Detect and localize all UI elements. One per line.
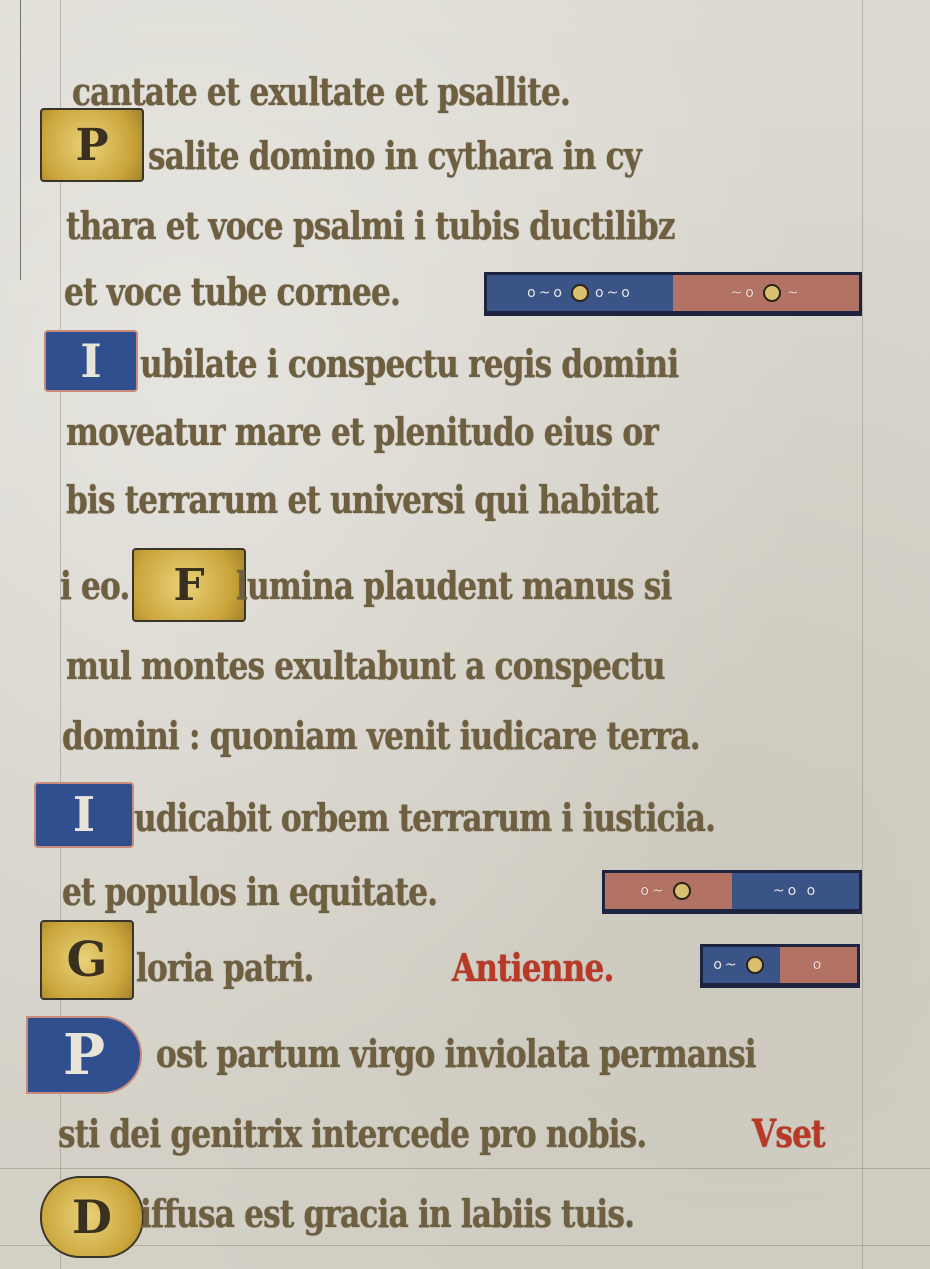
gold-dot-icon [673,882,691,900]
text-line-13: loria patri. [136,938,314,996]
line-text: iffusa est gracia in labiis tuis. [140,1191,634,1236]
line-text: cantate et exultate et psallite. [72,69,570,114]
line-text: salite domino in cythara in cy [148,133,641,178]
text-line-4: et voce tube cornee. [64,262,400,320]
line-text: et populos in equitate. [62,869,437,914]
line-text: domini : quoniam venit iudicare terra. [62,713,700,758]
line-text: thara et voce psalmi i tubis ductilibz [66,203,675,248]
gold-dot-icon [746,956,764,974]
margin-flourish [20,0,21,280]
text-line-8: lumina plaudent manus si [236,556,672,614]
initial-D-gold: D [40,1176,144,1258]
initial-P-blue: P [26,1016,142,1094]
text-line-14: ost partum virgo inviolata permansi [156,1024,756,1082]
initial-I-blue: I [44,330,138,392]
manuscript-page: cantate et exultate et psallite. P salit… [0,0,930,1269]
text-line-2: salite domino in cythara in cy [148,126,641,184]
initial-F-gold: F [132,548,246,622]
ruling-bottom-2 [0,1245,930,1246]
text-line-3: thara et voce psalmi i tubis ductilibz [66,196,675,254]
text-line-6: moveatur mare et plenitudo eius or [66,402,658,460]
text-line-12: et populos in equitate. [62,862,437,920]
text-line-8-prefix: i eo. [60,556,129,614]
gold-dot-icon [763,284,781,302]
text-line-11: udicabit orbem terrarum i iusticia. [134,788,715,846]
rubric-versicle: Vset [752,1104,825,1162]
line-text: et voce tube cornee. [64,269,400,314]
line-text: ost partum virgo inviolata permansi [156,1031,756,1076]
text-line-1: cantate et exultate et psallite. [72,62,570,120]
line-text: mul montes exultabunt a conspectu [66,643,665,688]
text-line-7: bis terrarum et universi qui habitat [66,470,658,528]
line-filler-2: o~ ~o o [602,870,862,912]
line-text: udicabit orbem terrarum i iusticia. [134,795,715,840]
line-text: loria patri. [136,945,314,990]
ruling-right [862,0,863,1269]
text-line-9: mul montes exultabunt a conspectu [66,636,665,694]
line-filler-1: o~oo~o ~o~ [484,272,862,314]
ruling-bottom [0,1168,930,1169]
line-text: bis terrarum et universi qui habitat [66,477,658,522]
rubric-antienne: Antienne. [452,938,614,996]
gold-dot-icon [571,284,589,302]
line-filler-3: o~ o [700,944,860,986]
initial-I-blue-2: I [34,782,134,848]
text-line-10: domini : quoniam venit iudicare terra. [62,706,700,764]
initial-G-gold: G [40,920,134,1000]
line-text: sti dei genitrix intercede pro nobis. [58,1111,646,1156]
line-text: ubilate i conspectu regis domini [140,341,678,386]
line-text: lumina plaudent manus si [236,563,672,608]
text-line-5: ubilate i conspectu regis domini [140,334,678,392]
line-text: moveatur mare et plenitudo eius or [66,409,658,454]
text-line-15: sti dei genitrix intercede pro nobis. [58,1104,646,1162]
text-line-16: iffusa est gracia in labiis tuis. [140,1184,634,1242]
initial-P-gold: P [40,108,144,182]
